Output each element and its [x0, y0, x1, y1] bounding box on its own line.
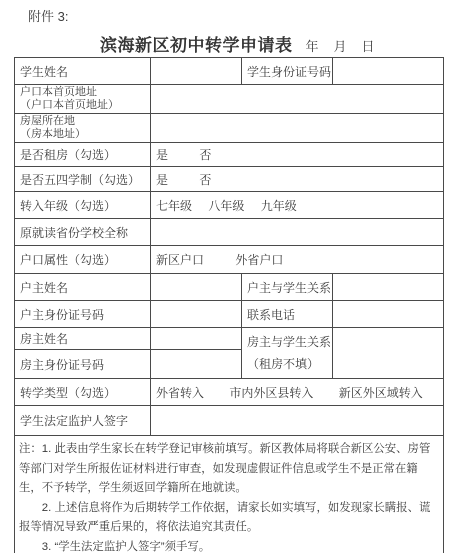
- field-value-homeowner-name: [151, 328, 242, 350]
- table-row-previous-school: 原就读省份学校全称: [15, 219, 444, 246]
- option-new-district-hukou: 新区户口: [156, 253, 204, 267]
- homeowner-relation-label-line2: （租房不填）: [247, 353, 327, 375]
- hukou-address-label-line2: （户口本首页地址）: [20, 99, 145, 112]
- note-paragraph-3: 3. “学生法定监护人签字”须手写。: [19, 538, 439, 553]
- field-label-five-four-system: 是否五四学制（勾选）: [15, 167, 151, 192]
- field-value-contact-phone: [333, 301, 444, 328]
- field-value-householder-relation: [333, 274, 444, 301]
- notes-cell: 注：1. 此表由学生家长在转学登记审核前填写。新区教体局将联合新区公安、房管等部…: [15, 436, 444, 553]
- field-label-student-name: 学生姓名: [15, 58, 151, 85]
- option-other-province-transfer: 外省转入: [156, 386, 204, 400]
- field-label-transfer-grade: 转入年级（勾选）: [15, 192, 151, 219]
- option-grade-7: 七年级: [156, 199, 192, 213]
- option-city-other-district-transfer: 市内外区县转入: [229, 386, 313, 400]
- renting-options: 是 否: [151, 143, 444, 167]
- field-label-hukou-type: 户口属性（勾选）: [15, 246, 151, 274]
- field-label-house-location: 房屋所在地 （房本地址）: [15, 114, 151, 143]
- field-value-student-id: [333, 58, 444, 85]
- date-group: 年 月 日: [306, 36, 390, 55]
- option-grade-8: 八年级: [208, 199, 244, 213]
- field-value-house-location: [151, 114, 444, 143]
- field-label-hukou-address: 户口本首页地址 （户口本首页地址）: [15, 85, 151, 114]
- option-grade-9: 九年级: [261, 199, 297, 213]
- field-label-householder-id: 户主身份证号码: [15, 301, 151, 328]
- option-five-four-yes: 是: [156, 173, 168, 187]
- field-value-householder-name: [151, 274, 242, 301]
- house-location-label-line1: 房屋所在地: [20, 115, 145, 128]
- note-paragraph-2: 2. 上述信息将作为后期转学工作依据，请家长如实填写，如发现家长瞒报、谎报等情况…: [19, 499, 439, 538]
- option-new-district-area-transfer: 新区外区域转入: [339, 386, 423, 400]
- field-label-contact-phone: 联系电话: [242, 301, 333, 328]
- document-title: 滨海新区初中转学申请表: [100, 31, 293, 56]
- option-renting-no: 否: [199, 148, 211, 162]
- document-page: 附件 3: 滨海新区初中转学申请表 年 月 日 学生姓名 学生身份证号码 户口本…: [0, 0, 460, 553]
- table-row-notes: 注：1. 此表由学生家长在转学登记审核前填写。新区教体局将联合新区公安、房管等部…: [15, 436, 444, 553]
- field-value-guardian-signature: [151, 406, 444, 436]
- title-row: 滨海新区初中转学申请表 年 月 日: [0, 31, 460, 56]
- table-row-five-four-system: 是否五四学制（勾选） 是 否: [15, 167, 444, 192]
- table-row-householder-name: 户主姓名 户主与学生关系: [15, 274, 444, 301]
- hukou-address-label-line1: 户口本首页地址: [20, 86, 145, 99]
- option-five-four-no: 否: [199, 173, 211, 187]
- field-label-householder-relation: 户主与学生关系: [242, 274, 333, 301]
- date-day-label: 日: [362, 36, 375, 55]
- field-value-previous-school: [151, 219, 444, 246]
- hukou-type-options: 新区户口 外省户口: [151, 246, 444, 274]
- table-row-hukou-type: 户口属性（勾选） 新区户口 外省户口: [15, 246, 444, 274]
- field-label-renting: 是否租房（勾选）: [15, 143, 151, 167]
- transfer-type-options: 外省转入 市内外区县转入 新区外区域转入: [151, 379, 444, 406]
- note-paragraph-1: 注：1. 此表由学生家长在转学登记审核前填写。新区教体局将联合新区公安、房管等部…: [19, 440, 439, 499]
- table-row-hukou-address: 户口本首页地址 （户口本首页地址）: [15, 85, 444, 114]
- field-label-guardian-signature: 学生法定监护人签字: [15, 406, 151, 436]
- field-value-hukou-address: [151, 85, 444, 114]
- field-value-householder-id: [151, 301, 242, 328]
- table-row-student-name: 学生姓名 学生身份证号码: [15, 58, 444, 85]
- field-value-homeowner-relation: [333, 328, 444, 379]
- field-value-homeowner-id: [151, 350, 242, 379]
- field-label-householder-name: 户主姓名: [15, 274, 151, 301]
- house-location-label-line2: （房本地址）: [20, 128, 145, 141]
- date-year-label: 年: [306, 36, 319, 55]
- field-label-homeowner-name: 房主姓名: [15, 328, 151, 350]
- table-row-homeowner-name: 房主姓名 房主与学生关系 （租房不填）: [15, 328, 444, 350]
- transfer-application-table: 学生姓名 学生身份证号码 户口本首页地址 （户口本首页地址） 房屋所在地 （房本…: [14, 57, 444, 553]
- field-label-student-id: 学生身份证号码: [242, 58, 333, 85]
- table-row-transfer-type: 转学类型（勾选） 外省转入 市内外区县转入 新区外区域转入: [15, 379, 444, 406]
- field-label-homeowner-id: 房主身份证号码: [15, 350, 151, 379]
- table-row-renting: 是否租房（勾选） 是 否: [15, 143, 444, 167]
- date-month-label: 月: [334, 36, 347, 55]
- field-label-homeowner-relation: 房主与学生关系 （租房不填）: [242, 328, 333, 379]
- table-row-house-location: 房屋所在地 （房本地址）: [15, 114, 444, 143]
- field-label-previous-school: 原就读省份学校全称: [15, 219, 151, 246]
- field-label-transfer-type: 转学类型（勾选）: [15, 379, 151, 406]
- option-renting-yes: 是: [156, 148, 168, 162]
- table-row-transfer-grade: 转入年级（勾选） 七年级 八年级 九年级: [15, 192, 444, 219]
- table-row-guardian-signature: 学生法定监护人签字: [15, 406, 444, 436]
- transfer-grade-options: 七年级 八年级 九年级: [151, 192, 444, 219]
- option-other-province-hukou: 外省户口: [235, 253, 283, 267]
- attachment-label: 附件 3:: [28, 6, 68, 25]
- table-row-householder-id: 户主身份证号码 联系电话: [15, 301, 444, 328]
- five-four-system-options: 是 否: [151, 167, 444, 192]
- field-value-student-name: [151, 58, 242, 85]
- homeowner-relation-label-line1: 房主与学生关系: [247, 331, 327, 353]
